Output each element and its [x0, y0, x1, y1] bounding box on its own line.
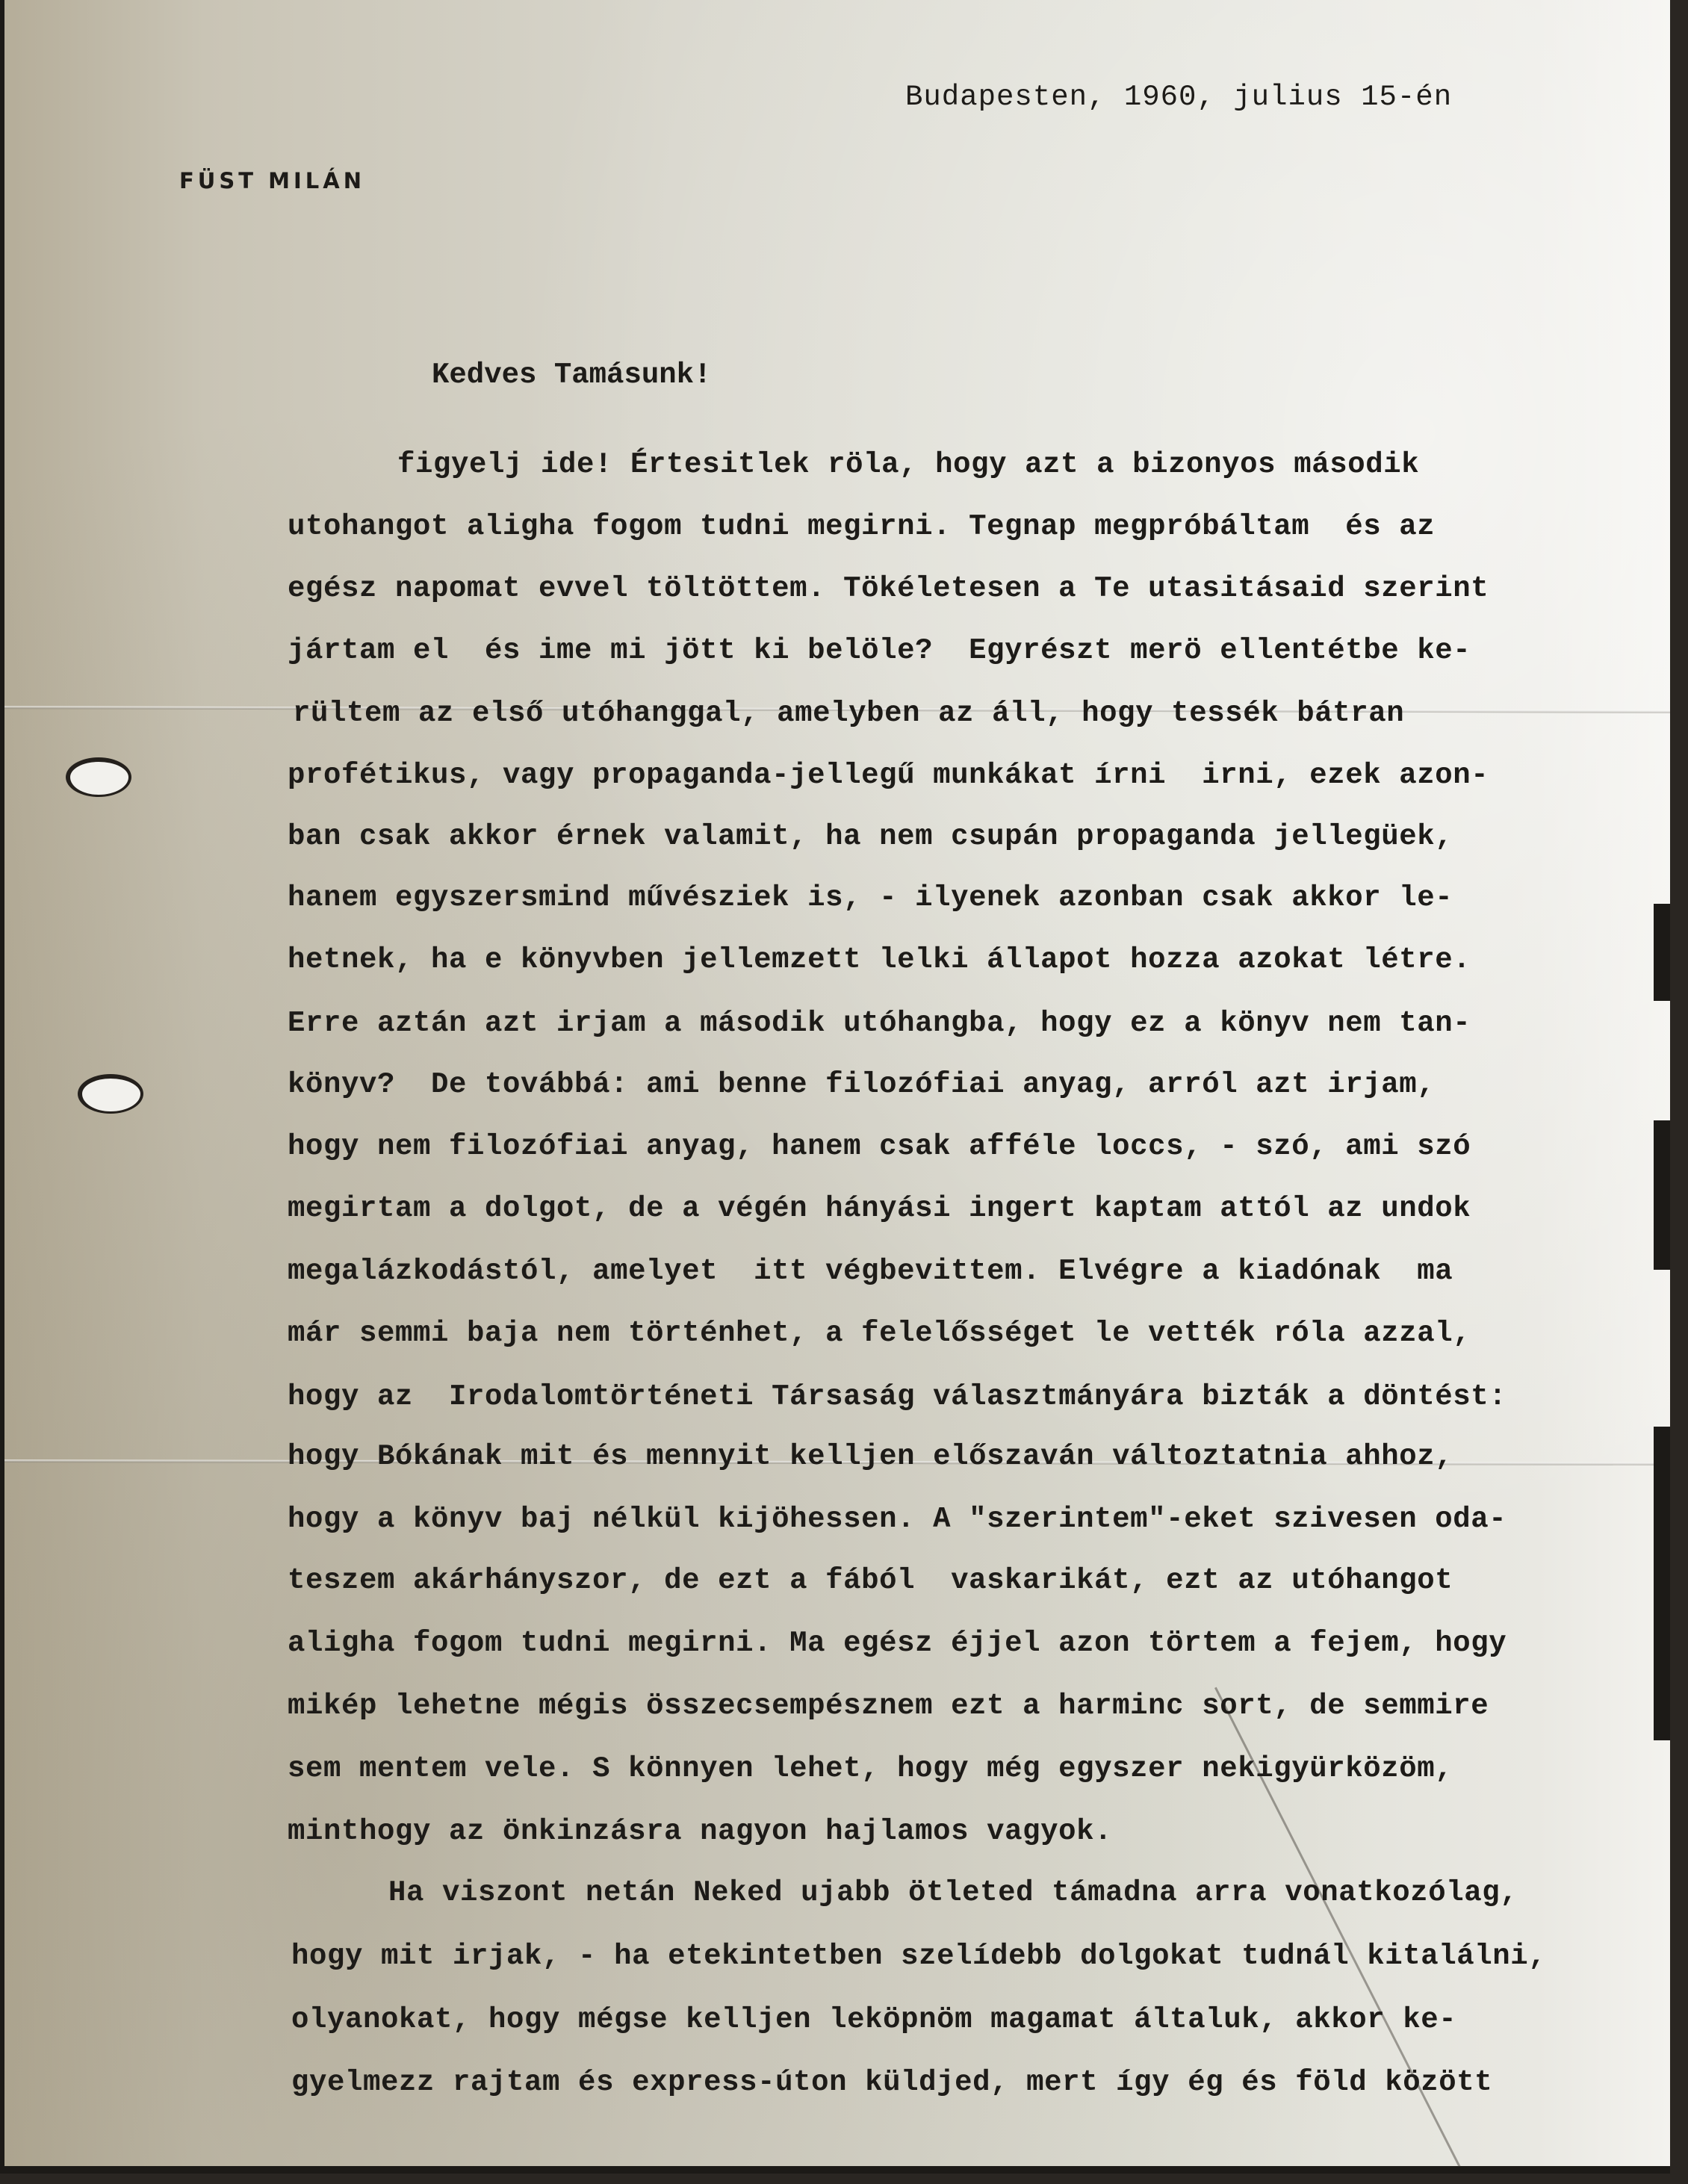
letter-line: utohangot aligha fogom tudni megirni. Te… [288, 510, 1435, 543]
letter: Budapesten, 1960, julius 15-én FÜST MILÁ… [0, 0, 1670, 2174]
letter-line: hogy az Irodalomtörténeti Társaság válas… [288, 1380, 1507, 1413]
letter-line: ban csak akkor érnek valamit, ha nem csu… [288, 820, 1453, 853]
letter-line: egész napomat evvel töltöttem. Tökéletes… [288, 572, 1489, 605]
letter-line: Ha viszont netán Neked ujabb ötleted tám… [388, 1876, 1518, 1909]
letter-line: megalázkodástól, amelyet itt végbevittem… [288, 1255, 1453, 1288]
letter-line: jártam el és ime mi jött ki belöle? Egyr… [288, 634, 1471, 667]
letter-line: olyanokat, hogy mégse kelljen leköpnöm m… [291, 2003, 1456, 2036]
letter-line: gyelmezz rajtam és express-úton küldjed,… [291, 2066, 1492, 2099]
letter-line: már semmi baja nem történhet, a felelőss… [288, 1317, 1471, 1350]
letter-line: minthogy az önkinzásra nagyon hajlamos v… [288, 1815, 1112, 1848]
letter-line: teszem akárhányszor, de ezt a fából vask… [288, 1564, 1453, 1597]
letter-line: megirtam a dolgot, de a végén hányási in… [288, 1192, 1471, 1225]
letter-line: hogy mit irjak, - ha etekintetben szelíd… [291, 1940, 1546, 1973]
letter-line: hogy nem filozófiai anyag, hanem csak af… [288, 1130, 1471, 1163]
letter-line: hetnek, ha e könyvben jellemzett lelki á… [288, 943, 1471, 976]
letter-line: profétikus, vagy propaganda-jellegű munk… [288, 759, 1489, 792]
letter-line: mikép lehetne mégis összecsempésznem ezt… [288, 1690, 1489, 1722]
letter-line: hogy a könyv baj nélkül kijöhessen. A "s… [288, 1503, 1507, 1536]
date-line: Budapesten, 1960, julius 15-én [905, 81, 1452, 114]
letterhead-author: FÜST MILÁN [179, 168, 365, 193]
letter-line: aligha fogom tudni megirni. Ma egész éjj… [288, 1627, 1507, 1660]
letter-line: figyelj ide! Értesitlek röla, hogy azt a… [397, 448, 1419, 481]
letter-line: rültem az első utóhanggal, amelyben az á… [293, 697, 1404, 730]
letter-line: sem mentem vele. S könnyen lehet, hogy m… [288, 1752, 1453, 1785]
letter-line: könyv? De továbbá: ami benne filozófiai … [288, 1068, 1435, 1101]
letter-line: hanem egyszersmind művésziek is, - ilyen… [288, 881, 1453, 914]
letter-line: Erre aztán azt irjam a második utóhangba… [288, 1007, 1471, 1040]
salutation: Kedves Tamásunk! [432, 359, 711, 391]
letter-line: hogy Bókának mit és mennyit kelljen elős… [288, 1440, 1453, 1473]
